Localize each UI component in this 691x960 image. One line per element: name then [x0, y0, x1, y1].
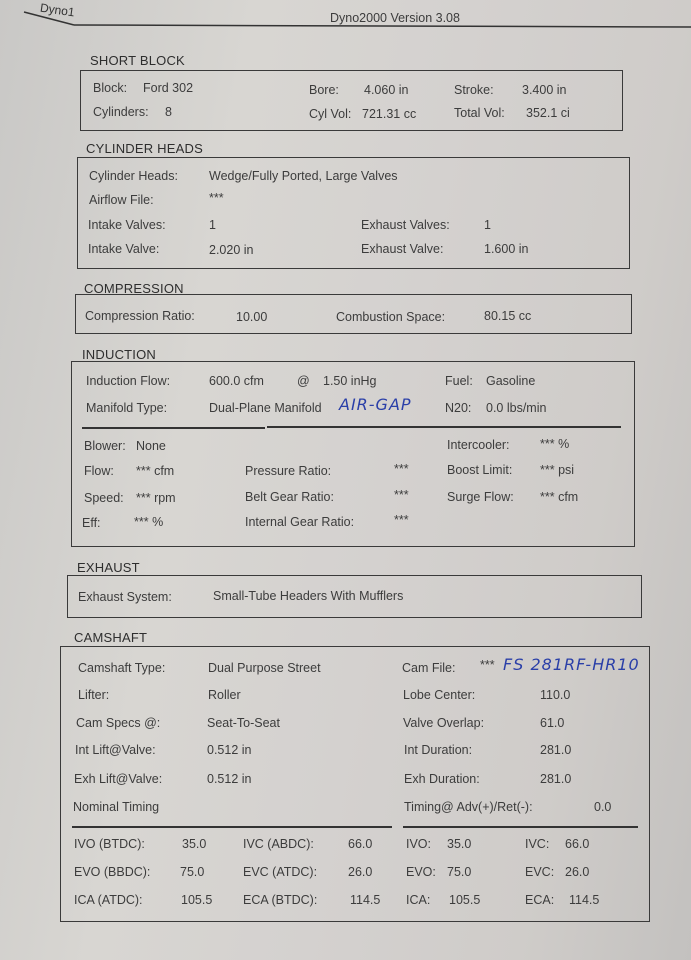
- n2o-value: 0.0 lbs/min: [486, 401, 546, 415]
- evo-value: 75.0: [180, 865, 204, 879]
- short-block-panel: [80, 70, 623, 131]
- camshaft-type-value: Dual Purpose Street: [208, 661, 321, 675]
- cylvol-label: Cyl Vol:: [309, 107, 351, 121]
- right-evo-label: EVO:: [406, 865, 436, 879]
- ivc-label: IVC (ABDC):: [243, 837, 314, 851]
- lifter-value: Roller: [208, 688, 241, 702]
- induction-flow-at: @: [297, 374, 310, 388]
- pressure-ratio-label: Pressure Ratio:: [245, 464, 331, 478]
- eca-value: 114.5: [350, 893, 380, 907]
- compression-ratio-label: Compression Ratio:: [85, 309, 195, 323]
- manifold-label: Manifold Type:: [86, 401, 167, 415]
- int-lift-value: 0.512 in: [207, 743, 251, 757]
- eff-label: Eff:: [82, 516, 101, 530]
- exhaust-system-label: Exhaust System:: [78, 590, 172, 604]
- timing-adv-ret-label: Timing@ Adv(+)/Ret(-):: [404, 800, 533, 814]
- surge-flow-label: Surge Flow:: [447, 490, 514, 504]
- cam-specs-value: Seat-To-Seat: [207, 716, 280, 730]
- exh-lift-label: Exh Lift@Valve:: [74, 772, 162, 786]
- ivo-label: IVO (BTDC):: [74, 837, 145, 851]
- right-eca-value: 114.5: [569, 893, 599, 907]
- blower-flow-label: Flow:: [84, 464, 114, 478]
- airflow-label: Airflow File:: [89, 193, 154, 207]
- airflow-value: ***: [209, 191, 224, 205]
- section-title-short-block: SHORT BLOCK: [90, 53, 185, 68]
- block-value: Ford 302: [143, 81, 193, 95]
- int-duration-label: Int Duration:: [404, 743, 472, 757]
- stroke-value: 3.400 in: [522, 83, 566, 97]
- block-label: Block:: [93, 81, 127, 95]
- induction-divider-right: [267, 426, 621, 428]
- compression-ratio-value: 10.00: [236, 310, 267, 324]
- blower-flow-value: *** cfm: [136, 464, 174, 478]
- blower-label: Blower:: [84, 439, 126, 453]
- evo-label: EVO (BBDC):: [74, 865, 150, 879]
- right-ica-value: 105.5: [449, 893, 480, 907]
- valve-overlap-value: 61.0: [540, 716, 564, 730]
- exh-duration-label: Exh Duration:: [404, 772, 480, 786]
- cam-file-handwritten-note: FS 281RF-HR10: [503, 655, 640, 674]
- pressure-ratio-value: ***: [394, 462, 409, 476]
- boost-limit-label: Boost Limit:: [447, 463, 512, 477]
- totalvol-label: Total Vol:: [454, 106, 505, 120]
- camshaft-divider-left: [72, 826, 392, 828]
- exhaust-valves-label: Exhaust Valves:: [361, 218, 450, 232]
- internal-gear-ratio-label: Internal Gear Ratio:: [245, 515, 354, 529]
- right-ivo-label: IVO:: [406, 837, 431, 851]
- right-eca-label: ECA:: [525, 893, 554, 907]
- timing-adv-ret-value: 0.0: [594, 800, 611, 814]
- fuel-label: Fuel:: [445, 374, 473, 388]
- lobe-center-value: 110.0: [540, 688, 570, 702]
- speed-label: Speed:: [84, 491, 124, 505]
- manifold-handwritten-note: AIR-GAP: [339, 395, 412, 414]
- manifold-value: Dual-Plane Manifold: [209, 401, 322, 415]
- section-title-exhaust: EXHAUST: [77, 560, 140, 575]
- bore-label: Bore:: [309, 83, 339, 97]
- right-ivc-label: IVC:: [525, 837, 549, 851]
- cam-specs-label: Cam Specs @:: [76, 716, 160, 730]
- int-duration-value: 281.0: [540, 743, 571, 757]
- intercooler-label: Intercooler:: [447, 438, 510, 452]
- ivo-value: 35.0: [182, 837, 206, 851]
- cylinders-value: 8: [165, 105, 172, 119]
- exhaust-valves-value: 1: [484, 218, 491, 232]
- right-evo-value: 75.0: [447, 865, 471, 879]
- right-ivo-value: 35.0: [447, 837, 471, 851]
- exhaust-valve-value: 1.600 in: [484, 242, 528, 256]
- ica-label: ICA (ATDC):: [74, 893, 143, 907]
- bore-value: 4.060 in: [364, 83, 408, 97]
- lifter-label: Lifter:: [78, 688, 109, 702]
- induction-flow-label: Induction Flow:: [86, 374, 170, 388]
- stroke-label: Stroke:: [454, 83, 494, 97]
- induction-divider-left: [82, 427, 265, 429]
- ivc-value: 66.0: [348, 837, 372, 851]
- boost-limit-value: *** psi: [540, 463, 574, 477]
- lobe-center-label: Lobe Center:: [403, 688, 475, 702]
- eff-value: *** %: [134, 515, 163, 529]
- valve-overlap-label: Valve Overlap:: [403, 716, 484, 730]
- app-title: Dyno2000 Version 3.08: [330, 11, 460, 25]
- right-evc-value: 26.0: [565, 865, 589, 879]
- combustion-space-value: 80.15 cc: [484, 309, 531, 323]
- surge-flow-value: *** cfm: [540, 490, 578, 504]
- exh-lift-value: 0.512 in: [207, 772, 251, 786]
- intercooler-value: *** %: [540, 437, 569, 451]
- heads-value: Wedge/Fully Ported, Large Valves: [209, 169, 398, 183]
- camshaft-type-label: Camshaft Type:: [78, 661, 165, 675]
- intake-valves-value: 1: [209, 218, 216, 232]
- cylvol-value: 721.31 cc: [362, 107, 416, 121]
- induction-flow-value: 600.0 cfm: [209, 374, 264, 388]
- ica-value: 105.5: [181, 893, 212, 907]
- nominal-timing-label: Nominal Timing: [73, 800, 159, 814]
- exhaust-valve-label: Exhaust Valve:: [361, 242, 443, 256]
- fuel-value: Gasoline: [486, 374, 535, 388]
- cam-file-label: Cam File:: [402, 661, 455, 675]
- induction-flow-pressure: 1.50 inHg: [323, 374, 377, 388]
- blower-value: None: [136, 439, 166, 453]
- exh-duration-value: 281.0: [540, 772, 571, 786]
- camshaft-divider-right: [403, 826, 638, 828]
- evc-label: EVC (ATDC):: [243, 865, 317, 879]
- heads-label: Cylinder Heads:: [89, 169, 178, 183]
- intake-valves-label: Intake Valves:: [88, 218, 166, 232]
- section-title-cylinder-heads: CYLINDER HEADS: [86, 141, 203, 156]
- belt-gear-ratio-value: ***: [394, 488, 409, 502]
- internal-gear-ratio-value: ***: [394, 513, 409, 527]
- eca-label: ECA (BTDC):: [243, 893, 317, 907]
- int-lift-label: Int Lift@Valve:: [75, 743, 156, 757]
- right-ivc-value: 66.0: [565, 837, 589, 851]
- totalvol-value: 352.1 ci: [526, 106, 570, 120]
- section-title-induction: INDUCTION: [82, 347, 156, 362]
- n2o-label: N20:: [445, 401, 471, 415]
- combustion-space-label: Combustion Space:: [336, 310, 445, 324]
- cylinders-label: Cylinders:: [93, 105, 149, 119]
- intake-valve-label: Intake Valve:: [88, 242, 159, 256]
- belt-gear-ratio-label: Belt Gear Ratio:: [245, 490, 334, 504]
- right-evc-label: EVC:: [525, 865, 554, 879]
- exhaust-system-value: Small-Tube Headers With Mufflers: [213, 589, 403, 603]
- cam-file-value: ***: [480, 658, 495, 672]
- speed-value: *** rpm: [136, 491, 176, 505]
- intake-valve-value: 2.020 in: [209, 243, 253, 257]
- section-title-camshaft: CAMSHAFT: [74, 630, 147, 645]
- evc-value: 26.0: [348, 865, 372, 879]
- right-ica-label: ICA:: [406, 893, 430, 907]
